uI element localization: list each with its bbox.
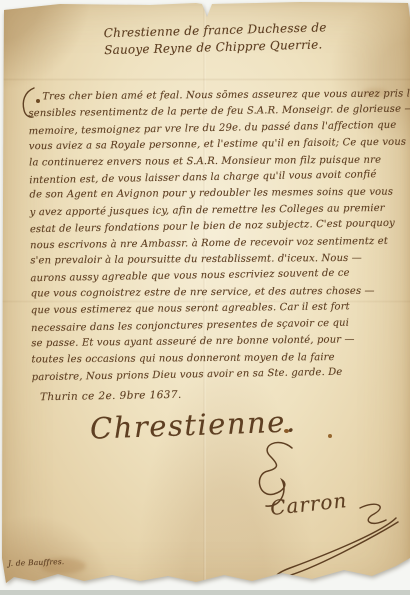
letter-line: de son Agent en Avignon pour y redoubler…	[29, 185, 395, 204]
horizontal-fold-crease-top	[0, 78, 410, 81]
letter-line: Tres cher bien amé et feal. Nous sōmes a…	[28, 87, 394, 106]
dateline: Thurin ce 2e. 9bre 1637.	[40, 389, 182, 403]
letter-body: Tres cher bien amé et feal. Nous sōmes a…	[28, 86, 398, 386]
letter-heading: Chrestienne de france Duchesse de Sauoye…	[104, 19, 345, 59]
archival-annotation: J. de Bauffres.	[8, 557, 65, 568]
carron-flourish-icon	[264, 492, 406, 580]
letter-line: que vous cognoistrez estre de nre servic…	[31, 283, 397, 302]
paper-sheet: Chrestienne de france Duchesse de Sauoye…	[0, 0, 410, 595]
paper-wrap: Chrestienne de france Duchesse de Sauoye…	[0, 0, 410, 595]
letter-scan: Chrestienne de france Duchesse de Sauoye…	[0, 0, 410, 595]
scan-edge	[0, 590, 410, 595]
ink-spot	[328, 434, 332, 438]
